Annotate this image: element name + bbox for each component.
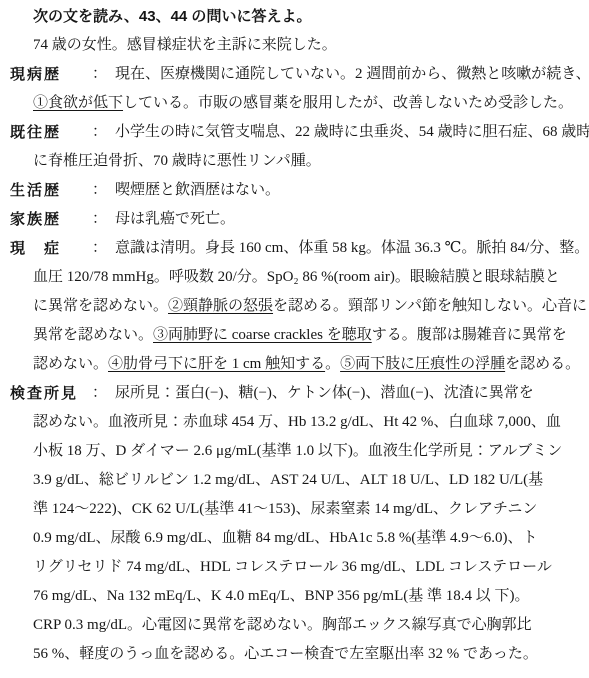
- line-content: 意識は清明。身長 160 cm、体重 58 kg。体温 36.3 ℃。脈拍 84…: [33, 240, 589, 256]
- line-content: 認めない。血液所見：赤血球 454 万、Hb 13.2 g/dL、Ht 42 %…: [33, 414, 561, 430]
- text-line: 56 %、軽度のうっ血を認める。心エコー検査で左室駆出率 32 % であった。: [0, 640, 589, 669]
- text-line: ①食欲が低下している。市販の感冒薬を服用したが、改善しないため受診した。: [0, 89, 589, 118]
- line-content: リグリセリド 74 mg/dL、HDL コレステロール 36 mg/dL、LDL…: [33, 559, 552, 575]
- line-content: 認めない。④肋骨弓下に肝を 1 cm 触知する。⑤両下肢に圧痕性の浮腫を認める。: [33, 356, 580, 372]
- body-text: する。腹部は腸雑音に異常を: [372, 327, 567, 343]
- line-content: 0.9 mg/dL、尿酸 6.9 mg/dL、血糖 84 mg/dL、HbA1c…: [33, 530, 538, 546]
- text-line: 76 mg/dL、Na 132 mEq/L、K 4.0 mEq/L、BNP 35…: [0, 582, 589, 611]
- text-line: 準 124〜222)、CK 62 U/L(基準 41〜153)、尿素窒素 14 …: [0, 495, 589, 524]
- body-text: 76 mg/dL、Na 132 mEq/L、K 4.0 mEq/L、BNP 35…: [33, 588, 530, 604]
- text-line: 次の文を読み、43、44 の問いに答えよ。: [0, 2, 589, 31]
- body-text: を認める。頸部リンパ節を触知しない。心音に: [273, 298, 587, 314]
- line-content: 76 mg/dL、Na 132 mEq/L、K 4.0 mEq/L、BNP 35…: [33, 588, 530, 604]
- underlined-finding-text: ④肋骨弓下に肝を 1 cm 触知する: [108, 356, 325, 372]
- body-text: 尿所見：蛋白(−)、糖(−)、ケトン体(−)、潜血(−)、沈渣に異常を: [115, 385, 534, 401]
- line-content: に異常を認めない。②頸静脈の怒張を認める。頸部リンパ節を触知しない。心音に: [33, 298, 587, 314]
- text-line: 現病歴：現在、医療機関に通院していない。2 週間前から、微熱と咳嗽が続き、: [0, 60, 589, 89]
- text-line: 血圧 120/78 mmHg。呼吸数 20/分。SpO₂ 86 %(room a…: [0, 263, 589, 292]
- line-content: 次の文を読み、43、44 の問いに答えよ。: [33, 8, 311, 25]
- section-label: 生活歴: [10, 176, 61, 205]
- line-content: 74 歳の女性。感冒様症状を主訴に来院した。: [33, 37, 337, 53]
- line-content: 現在、医療機関に通院していない。2 週間前から、微熱と咳嗽が続き、: [33, 66, 589, 82]
- text-line: 74 歳の女性。感冒様症状を主訴に来院した。: [0, 31, 589, 60]
- body-text: 血圧 120/78 mmHg。呼吸数 20/分。SpO₂ 86 %(room a…: [33, 269, 560, 285]
- body-text: 認めない。: [33, 356, 108, 372]
- body-text: している。市販の感冒薬を服用したが、改善しないため受診した。: [123, 95, 573, 111]
- text-line: に異常を認めない。②頸静脈の怒張を認める。頸部リンパ節を触知しない。心音に: [0, 292, 589, 321]
- body-text: CRP 0.3 mg/dL。心電図に異常を認めない。胸部エックス線写真で心胸郭比: [33, 617, 532, 633]
- text-line: 生活歴：喫煙歴と飲酒歴はない。: [0, 176, 589, 205]
- body-text: 認めない。血液所見：赤血球 454 万、Hb 13.2 g/dL、Ht 42 %…: [33, 414, 561, 430]
- section-colon: ：: [92, 60, 107, 89]
- body-text: 小学生の時に気管支喘息、22 歳時に虫垂炎、54 歳時に胆石症、68 歳時: [115, 124, 589, 140]
- section-colon: ：: [92, 234, 107, 263]
- body-text: 小板 18 万、D ダイマー 2.6 μg/mL(基準 1.0 以下)。血液生化…: [33, 443, 562, 459]
- line-content: 3.9 g/dL、総ビリルビン 1.2 mg/dL、AST 24 U/L、ALT…: [33, 472, 543, 488]
- body-text: 異常を認めない。: [33, 327, 153, 343]
- line-content: に脊椎圧迫骨折、70 歳時に悪性リンパ腫。: [33, 153, 321, 169]
- text-line: リグリセリド 74 mg/dL、HDL コレステロール 36 mg/dL、LDL…: [0, 553, 589, 582]
- line-content: 喫煙歴と飲酒歴はない。: [33, 182, 280, 198]
- body-text: 74 歳の女性。感冒様症状を主訴に来院した。: [33, 37, 337, 53]
- underlined-finding-text: ⑤両下肢に圧痕性の浮腫: [340, 356, 505, 372]
- body-text: 0.9 mg/dL、尿酸 6.9 mg/dL、血糖 84 mg/dL、HbA1c…: [33, 530, 538, 546]
- section-colon: ：: [92, 205, 107, 234]
- line-content: 小板 18 万、D ダイマー 2.6 μg/mL(基準 1.0 以下)。血液生化…: [33, 443, 562, 459]
- body-text: 。: [325, 356, 340, 372]
- body-text: に異常を認めない。: [33, 298, 168, 314]
- body-text: 準 124〜222)、CK 62 U/L(基準 41〜153)、尿素窒素 14 …: [33, 501, 537, 517]
- line-content: ①食欲が低下している。市販の感冒薬を服用したが、改善しないため受診した。: [33, 95, 573, 111]
- line-content: 尿所見：蛋白(−)、糖(−)、ケトン体(−)、潜血(−)、沈渣に異常を: [33, 385, 534, 401]
- exam-question-page: 次の文を読み、43、44 の問いに答えよ。 74 歳の女性。感冒様症状を主訴に来…: [0, 0, 589, 678]
- line-content: 異常を認めない。③両肺野に coarse crackles を聴取する。腹部は腸…: [33, 327, 567, 343]
- section-colon: ：: [92, 176, 107, 205]
- line-content: 血圧 120/78 mmHg。呼吸数 20/分。SpO₂ 86 %(room a…: [33, 269, 560, 285]
- section-colon: ：: [92, 118, 107, 147]
- text-line: 認めない。血液所見：赤血球 454 万、Hb 13.2 g/dL、Ht 42 %…: [0, 408, 589, 437]
- body-text: を認める。: [505, 356, 580, 372]
- body-text: 3.9 g/dL、総ビリルビン 1.2 mg/dL、AST 24 U/L、ALT…: [33, 472, 543, 488]
- text-line: 既往歴：小学生の時に気管支喘息、22 歳時に虫垂炎、54 歳時に胆石症、68 歳…: [0, 118, 589, 147]
- body-text: 母は乳癌で死亡。: [115, 211, 235, 227]
- section-label: 現病歴: [10, 60, 61, 89]
- body-text: リグリセリド 74 mg/dL、HDL コレステロール 36 mg/dL、LDL…: [33, 559, 552, 575]
- text-line: 小板 18 万、D ダイマー 2.6 μg/mL(基準 1.0 以下)。血液生化…: [0, 437, 589, 466]
- body-text: 現在、医療機関に通院していない。2 週間前から、微熱と咳嗽が続き、: [115, 66, 589, 82]
- text-line: 検査所見：尿所見：蛋白(−)、糖(−)、ケトン体(−)、潜血(−)、沈渣に異常を: [0, 379, 589, 408]
- line-content: 準 124〜222)、CK 62 U/L(基準 41〜153)、尿素窒素 14 …: [33, 501, 537, 517]
- line-content: CRP 0.3 mg/dL。心電図に異常を認めない。胸部エックス線写真で心胸郭比: [33, 617, 532, 633]
- body-text: 56 %、軽度のうっ血を認める。心エコー検査で左室駆出率 32 % であった。: [33, 646, 538, 662]
- text-line: CRP 0.3 mg/dL。心電図に異常を認めない。胸部エックス線写真で心胸郭比: [0, 611, 589, 640]
- text-line: に脊椎圧迫骨折、70 歳時に悪性リンパ腫。: [0, 147, 589, 176]
- line-content: 小学生の時に気管支喘息、22 歳時に虫垂炎、54 歳時に胆石症、68 歳時: [33, 124, 589, 140]
- underlined-finding-text: ②頸静脈の怒張: [168, 298, 273, 314]
- body-text: 次の文を読み、43、44 の問いに答えよ。: [33, 8, 311, 25]
- body-text: に脊椎圧迫骨折、70 歳時に悪性リンパ腫。: [33, 153, 321, 169]
- body-text: 意識は清明。身長 160 cm、体重 58 kg。体温 36.3 ℃。脈拍 84…: [115, 240, 589, 256]
- text-line: 0.9 mg/dL、尿酸 6.9 mg/dL、血糖 84 mg/dL、HbA1c…: [0, 524, 589, 553]
- section-label: 検査所見: [10, 379, 78, 408]
- underlined-finding-text: ①食欲が低下: [33, 95, 123, 111]
- section-label: 現 症: [10, 234, 61, 263]
- text-line: 3.9 g/dL、総ビリルビン 1.2 mg/dL、AST 24 U/L、ALT…: [0, 466, 589, 495]
- text-line: 認めない。④肋骨弓下に肝を 1 cm 触知する。⑤両下肢に圧痕性の浮腫を認める。: [0, 350, 589, 379]
- section-label: 家族歴: [10, 205, 61, 234]
- line-content: 56 %、軽度のうっ血を認める。心エコー検査で左室駆出率 32 % であった。: [33, 646, 538, 662]
- section-colon: ：: [92, 379, 107, 408]
- text-line: 家族歴：母は乳癌で死亡。: [0, 205, 589, 234]
- text-line: 現 症：意識は清明。身長 160 cm、体重 58 kg。体温 36.3 ℃。脈…: [0, 234, 589, 263]
- underlined-finding-text: ③両肺野に coarse crackles を聴取: [153, 327, 372, 343]
- body-text: 喫煙歴と飲酒歴はない。: [115, 182, 280, 198]
- text-line: 異常を認めない。③両肺野に coarse crackles を聴取する。腹部は腸…: [0, 321, 589, 350]
- section-label: 既往歴: [10, 118, 61, 147]
- line-content: 母は乳癌で死亡。: [33, 211, 235, 227]
